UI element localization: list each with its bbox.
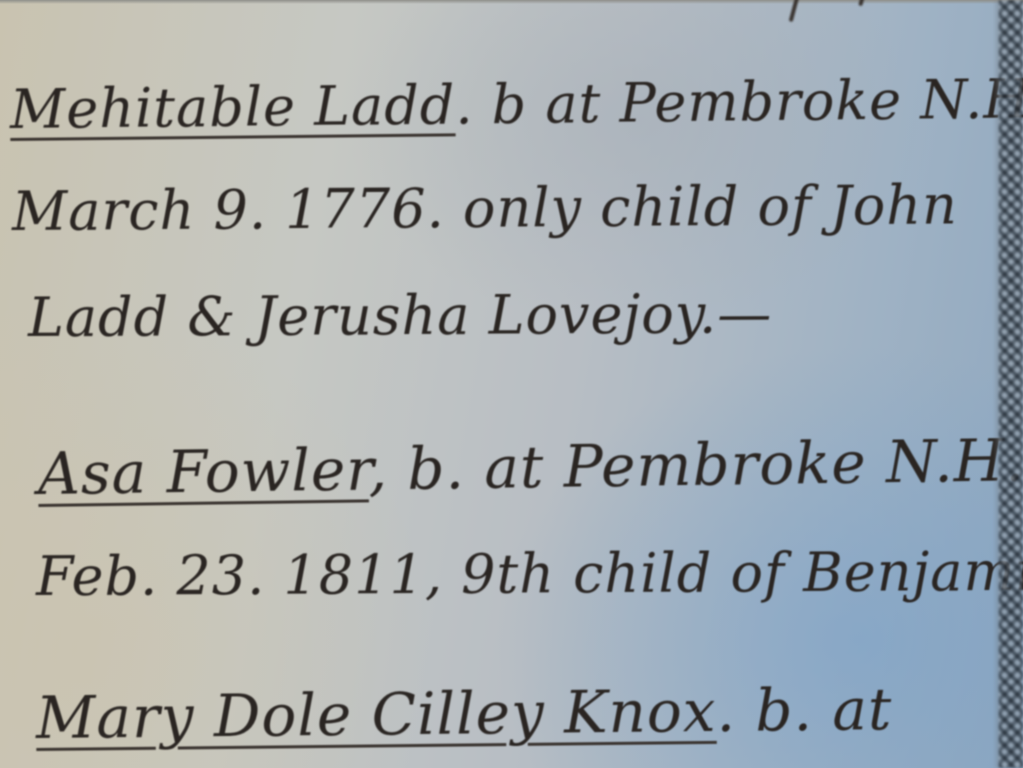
page-top-edge [0,0,1023,4]
entry-1-name: Mehitable Ladd [10,73,456,141]
entry-1-line-3: Ladd & Jerusha Lovejoy.— [28,282,773,349]
entry-2-name: Asa Fowler [38,435,369,508]
entry-3-birth-place: . b. at [716,675,892,745]
entry-2-line-2: Feb. 23. 1811, 9th child of Benjamin. [36,539,1023,608]
entry-2-line-1: Asa Fowler, b. at Pembroke N.H. [38,426,1023,508]
entry-1-line-2: March 9. 1776. only child of John [12,173,958,243]
decorative-page-border [999,0,1023,768]
entry-3-name: Mary Dole Cilley Knox [36,677,717,752]
entry-1-birth-place: . b at Pembroke N.H. [455,67,1023,136]
entry-1-line-1: Mehitable Ladd. b at Pembroke N.H. [10,67,1023,141]
document-page: Mehitable Ladd. b at Pembroke N.H. March… [0,0,1023,768]
entry-2-birth-place: , b. at Pembroke N.H. [368,426,1023,503]
entry-3-line-1: Mary Dole Cilley Knox. b. at [36,675,893,752]
